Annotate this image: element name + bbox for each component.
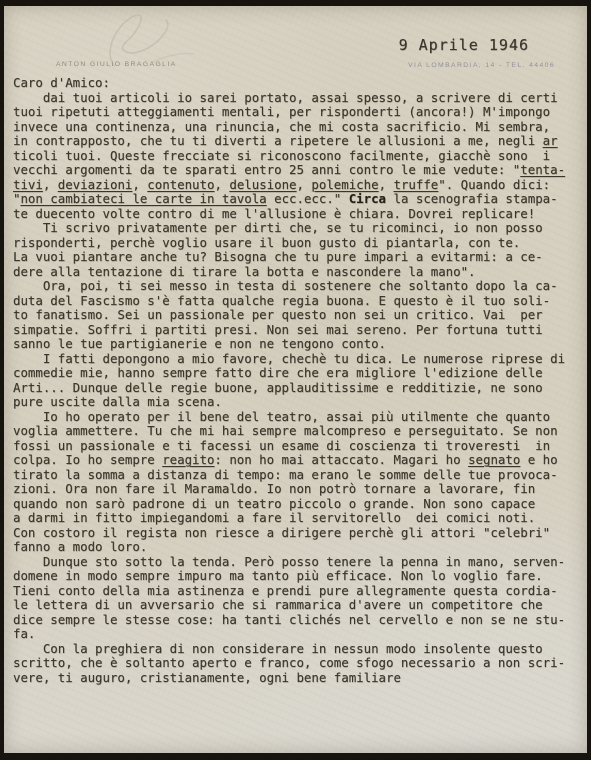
underlined-text: non cambiateci le carte in tavola [20,191,266,206]
letter-line: te duecento volte contro di me l'allusio… [13,207,588,222]
letter-date: 9 Aprile 1946 [399,36,529,54]
underlined-text: deviazioni [58,177,133,192]
letter-line: quando non sarò padrone di un teatro pic… [13,497,588,512]
letter-text: Dunque sto sotto la tenda. Però posso te… [13,554,565,569]
letter-text: , [43,177,58,192]
letter-text: scritto, che è soltanto aperto e franco,… [13,655,565,670]
letter-text: ecc.ecc." [267,191,349,206]
underlined-text: tivi [13,177,43,192]
letter-line: Con costoro il regista non riesce a diri… [13,526,588,541]
letter-line: fanno a modo loro. [13,540,588,555]
letter-line: duta del Fascismo s'è fatta qualche regi… [13,294,588,309]
letter-line: dere alla tentazione di tirare la botta … [13,265,588,280]
letter-text: domene in modo sempre impuro ma tanto pi… [13,568,543,583]
letter-text: Tieni conto della mia astinenza e prendi… [13,583,558,598]
letter-text: te duecento volte contro di me l'allusio… [13,206,535,221]
underlined-text: tenta- [520,162,565,177]
letter-text: dere alla tentazione di tirare la botta … [13,264,476,279]
letter-text: voglia ammettere. Tu che mi hai sempre m… [13,423,558,438]
letter-text: I fatti depongono a mio favore, chechè t… [13,351,565,366]
letter-text: quando non sarò padrone di un teatro pic… [13,496,535,511]
letter-line: Dunque sto sotto la tenda. Però posso te… [13,555,588,570]
letter-text: a darmi in fitto impiegandomi a fare il … [13,510,535,525]
letter-text: zioni. Ora non fare il Maramaldo. Io non… [13,481,535,496]
letter-text: La vuoi piantare anche tu? Bisogna che t… [13,249,543,264]
underlined-text: contenuto [147,177,214,192]
letter-line: simpatie. Soffri i partiti presi. Non se… [13,323,588,338]
letter-line: I fatti depongono a mio favore, chechè t… [13,352,588,367]
letter-line: La vuoi piantare anche tu? Bisogna che t… [13,250,588,265]
letter-text: dai tuoi articoli io sarei portato, assa… [13,90,558,105]
letter-line: to fanatismo. Sei un passionale per ques… [13,308,588,323]
letter-line: le lettera di un avversario che si ramma… [13,598,588,613]
letter-line: in contrapposto, che tu ti diverti a rip… [13,134,588,149]
letter-line: Con la preghiera di non considerare in n… [13,642,588,657]
letter-line: invece una continenza, una rinuncia, che… [13,120,588,135]
letter-line: a darmi in fitto impiegandomi a fare il … [13,511,588,526]
letter-line: fossi un passionale e ti facessi un esam… [13,439,588,454]
letter-text: in contrapposto, che tu ti diverti a rip… [13,133,543,148]
letter-text: , [297,177,312,192]
letter-text: : non ho mai attaccato. Magari ho [214,452,468,467]
letter-text: vere, ti auguro, cristianamente, ogni be… [13,670,401,685]
letter-line: vecchi argomenti da te sparati entro 25 … [13,163,588,178]
letter-paper: 9 Aprile 1946 ANTON GIULIO BRAGAGLIA VIA… [4,6,587,753]
letter-text: Con la preghiera di non considerare in n… [13,641,543,656]
letter-line: Ora, poi, ti sei messo in testa di soste… [13,279,588,294]
underlined-text: truffe [393,177,438,192]
letter-text: ". Quando dici: [438,177,550,192]
letter-line: fa. [13,627,588,642]
letter-line: ticoli tuoi. Queste frecciate si riconos… [13,149,588,164]
letter-line: colpa. Io ho sempre reagito: non ho mai … [13,453,588,468]
letter-text: Circa [349,191,386,206]
letter-text: Ti scrivo privatamente per dirti che, se… [13,220,543,235]
letter-text: commedie mie, hanno sempre fatto dire ch… [13,365,543,380]
letter-text: Arti... Dunque delle regie buone, applau… [13,380,543,395]
letterhead: ANTON GIULIO BRAGAGLIA VIA LOMBARDIA, 14… [4,61,587,73]
letter-text: fanno a modo loro. [13,539,147,554]
letter-line: risponderti, perchè voglio usare il buon… [13,236,588,251]
letter-text: to fanatismo. Sei un passionale per ques… [13,307,543,322]
letter-text: duta del Fascismo s'è fatta qualche regi… [13,293,550,308]
letter-text: le lettera di un avversario che si ramma… [13,597,543,612]
letter-text: , [132,177,147,192]
letter-text: e ho [520,452,557,467]
letter-text: Con costoro il regista non riesce a diri… [13,525,550,540]
underlined-text: ar [543,133,558,148]
letter-line: Tieni conto della mia astinenza e prendi… [13,584,588,599]
letter-text: pure uscite dalla mia scena. [13,394,222,409]
letter-text: colpa. Io ho sempre [13,452,162,467]
letter-line: Io ho operato per il bene del teatro, as… [13,410,588,425]
letter-text: vecchi argomenti da te sparati entro 25 … [13,162,520,177]
letter-line: commedie mie, hanno sempre fatto dire ch… [13,366,588,381]
letter-text: , [214,177,229,192]
letter-line: Caro d'Amico: [13,76,588,91]
underlined-text: polemiche [311,177,378,192]
letter-line: tirato la somma a distanza di tempo: ma … [13,468,588,483]
letter-line: dai tuoi articoli io sarei portato, assa… [13,91,588,106]
letter-line: Arti... Dunque delle regie buone, applau… [13,381,588,396]
letterhead-sender-name: ANTON GIULIO BRAGAGLIA [56,61,177,68]
letter-text: ticoli tuoi. Queste frecciate si riconos… [13,148,550,163]
underlined-text: reagito [162,452,214,467]
letter-text: simpatie. Soffri i partiti presi. Non se… [13,322,543,337]
letter-text: dice sempre le stesse cose: ha tanti cli… [13,612,565,627]
letter-text: la scenografia stampa- [386,191,558,206]
letter-line: zioni. Ora non fare il Maramaldo. Io non… [13,482,588,497]
letterhead-address: VIA LOMBARDIA, 14 - TEL. 44406 [408,62,555,69]
letter-text: Ora, poi, ti sei messo in testa di soste… [13,278,558,293]
letter-text: tirato la somma a distanza di tempo: ma … [13,467,558,482]
underlined-text: delusione [229,177,296,192]
letter-text: risponderti, perchè voglio usare il buon… [13,235,520,250]
letter-text: fa. [13,626,35,641]
letter-line: pure uscite dalla mia scena. [13,395,588,410]
letter-text: sanno le tue partigianerie e non ne teng… [13,336,386,351]
letter-line: sanno le tue partigianerie e non ne teng… [13,337,588,352]
scanned-letter-page: 9 Aprile 1946 ANTON GIULIO BRAGAGLIA VIA… [0,0,591,760]
letter-line: domene in modo sempre impuro ma tanto pi… [13,569,588,584]
letter-text: fossi un passionale e ti facessi un esam… [13,438,550,453]
letter-line: dice sempre le stesse cose: ha tanti cli… [13,613,588,628]
letter-line: tuoi ripetuti atteggiamenti mentali, per… [13,105,588,120]
underlined-text: segnato [468,452,520,467]
letter-line: scritto, che è soltanto aperto e franco,… [13,656,588,671]
letter-line: voglia ammettere. Tu che mi hai sempre m… [13,424,588,439]
letter-line: "non cambiateci le carte in tavola ecc.e… [13,192,588,207]
letter-text: Caro d'Amico: [13,75,110,90]
letter-text: , [379,177,394,192]
letter-line: vere, ti auguro, cristianamente, ogni be… [13,671,588,686]
letter-text: Io ho operato per il bene del teatro, as… [13,409,550,424]
letter-text: invece una continenza, una rinuncia, che… [13,119,550,134]
letter-body: Caro d'Amico: dai tuoi articoli io sarei… [13,76,588,685]
letter-text: tuoi ripetuti atteggiamenti mentali, per… [13,104,550,119]
letter-line: Ti scrivo privatamente per dirti che, se… [13,221,588,236]
letter-line: tivi, deviazioni, contenuto, delusione, … [13,178,588,193]
